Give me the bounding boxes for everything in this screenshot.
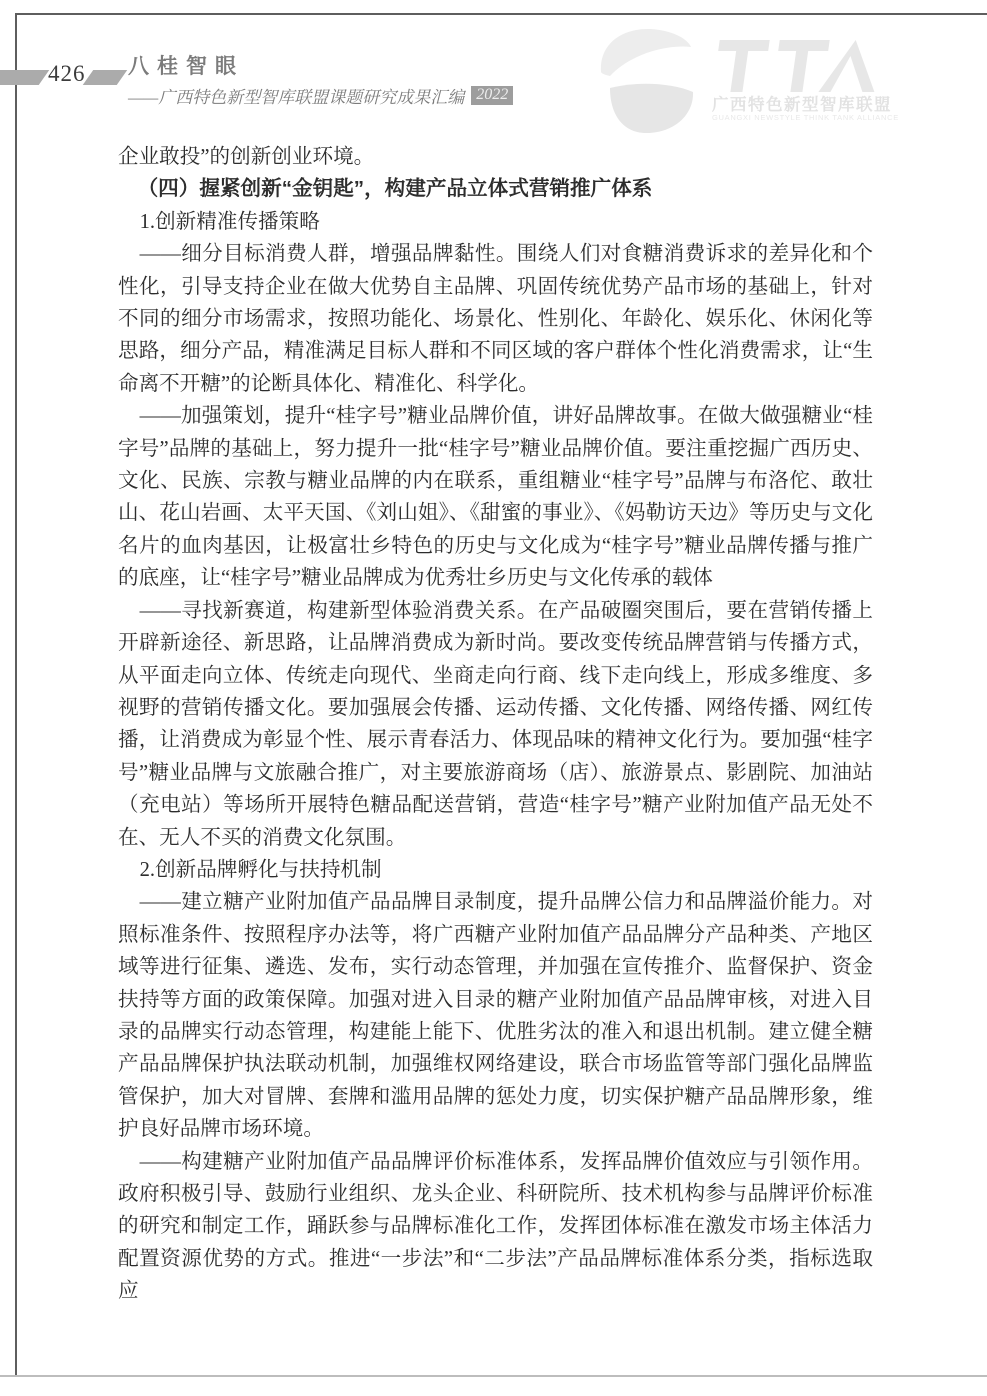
section-heading: （四）握紧创新“金钥匙”，构建产品立体式营销推广体系 (118, 173, 873, 205)
paragraph: ——寻找新赛道，构建新型体验消费关系。在产品破圈突围后，要在营销传播上开辟新途径… (118, 595, 873, 854)
leaf-logo-icon (598, 26, 698, 136)
org-name-cn: 广西特色新型智库联盟 (712, 91, 877, 115)
page-frame-bottom-line (0, 1375, 987, 1377)
year-badge: 2022 (471, 86, 513, 105)
paragraph: ——构建糖产业附加值产品品牌评价标准体系，发挥品牌价值效应与引领作用。政府积极引… (118, 1146, 873, 1308)
page-number-decoration-left (0, 70, 49, 85)
think-tank-alliance-watermark-logo: 广西特色新型智库联盟 GUANGXI NEWSTYLE THINK TANK A… (598, 20, 898, 138)
page-body-text: 企业敢投”的创新创业环境。 （四）握紧创新“金钥匙”，构建产品立体式营销推广体系… (118, 141, 873, 1308)
org-name-en: GUANGXI NEWSTYLE THINK TANK ALLIANCE (712, 113, 887, 122)
paragraph: ——建立糖产业附加值产品品牌目录制度，提升品牌公信力和品牌溢价能力。对照标准条件… (118, 886, 873, 1145)
tta-acronym-icon (710, 38, 885, 98)
book-subtitle: ——广西特色新型智库联盟课题研究成果汇编 (128, 83, 464, 108)
running-header: 八桂智眼 ——广西特色新型智库联盟课题研究成果汇编 2022 (128, 50, 513, 108)
page-frame-top-line (15, 13, 987, 15)
paragraph: ——细分目标消费人群，增强品牌黏性。围绕人们对食糖消费诉求的差异化和个性化，引导… (118, 238, 873, 400)
book-page: 426 八桂智眼 ——广西特色新型智库联盟课题研究成果汇编 2022 广西特色新… (0, 0, 987, 1396)
paragraph-continuation: 企业敢投”的创新创业环境。 (118, 141, 873, 173)
subsection-heading-2: 2.创新品牌孵化与扶持机制 (118, 854, 873, 886)
subsection-heading-1: 1.创新精准传播策略 (118, 206, 873, 238)
paragraph: ——加强策划，提升“桂字号”糖业品牌价值，讲好品牌故事。在做大做强糖业“桂字号”… (118, 400, 873, 594)
page-number-decoration-right (83, 70, 128, 85)
page-frame-left-line (15, 13, 17, 1377)
page-number: 426 (48, 61, 86, 87)
book-title: 八桂智眼 (128, 50, 513, 80)
book-subtitle-row: ——广西特色新型智库联盟课题研究成果汇编 2022 (128, 83, 513, 108)
